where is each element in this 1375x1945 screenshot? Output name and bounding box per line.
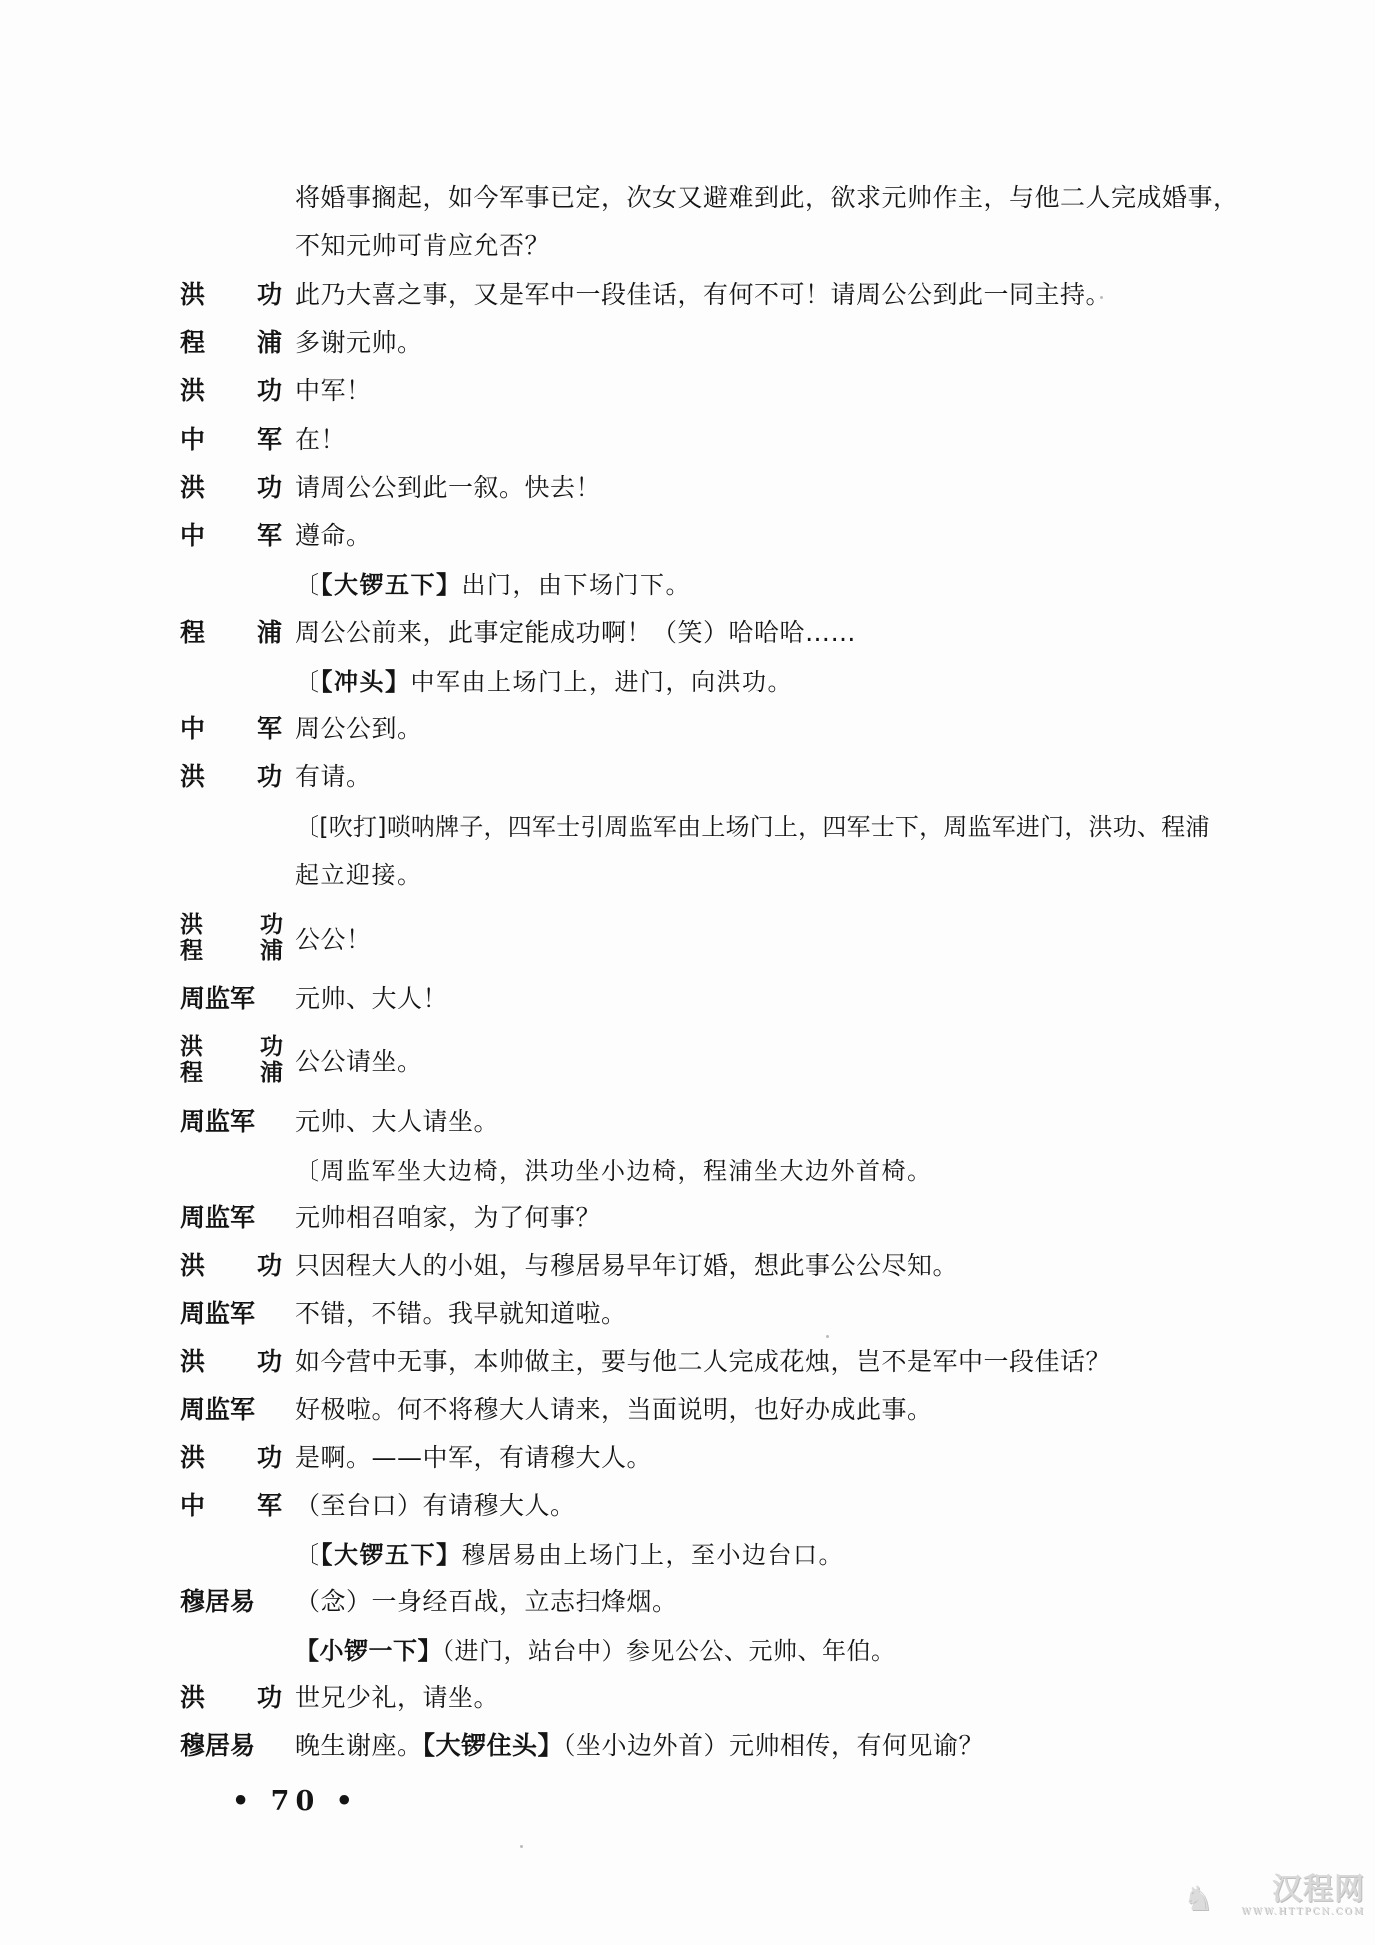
scan-speck [1100, 296, 1103, 299]
stage-direction: 〔【大锣五下】穆居易由上场门上，至小边台口。 [295, 1535, 844, 1570]
script-line: 中军 周公公到。 [180, 707, 1290, 747]
script-line: 中军 遵命。 [180, 514, 1290, 554]
script-line: 洪功 只因程大人的小姐，与穆居易早年订婚，想此事公公尽知。 [180, 1244, 1290, 1284]
stage-direction: 〔周监军坐大边椅，洪功坐小边椅，程浦坐大边外首椅。 [295, 1151, 933, 1186]
watermark-title: 汉程网 [1195, 1873, 1365, 1907]
stage-direction-line: 〔[吹打]唢呐牌子，四军士引周监军由上场门上，四军士下，周监军进门，洪功、程浦 [180, 804, 1290, 844]
speaker-name: 周监军 [180, 1390, 295, 1426]
speaker-name: 穆居易 [180, 1726, 295, 1762]
script-line: 周监军 元帅相召咱家，为了何事？ [180, 1196, 1290, 1236]
speaker-name: 洪功 [180, 757, 295, 793]
dialogue-text: （至台口）有请穆大人。 [295, 1486, 576, 1522]
script-line: 周监军 元帅、大人！ [180, 977, 1290, 1017]
dual-speaker-name: 洪功 程浦 [180, 1034, 295, 1086]
speaker-name: 洪功 [180, 1438, 295, 1474]
dialogue-text: 中军！ [295, 371, 372, 407]
script-line: 洪功 是啊。——中军，有请穆大人。 [180, 1436, 1290, 1476]
script-line: 将婚事搁起，如今军事已定，次女又避难到此，欲求元帅作主，与他二人完成婚事， [180, 176, 1290, 216]
music-cue: 【大锣住头】 [423, 1731, 564, 1760]
speaker-name: 周监军 [180, 979, 295, 1015]
scan-speck [790, 283, 793, 286]
dialogue-text: 是啊。——中军，有请穆大人。 [295, 1438, 652, 1474]
stage-direction-line: 起立迎接。 [180, 852, 1290, 892]
horse-logo-icon: ♞ [1183, 1879, 1213, 1919]
script-line: 程浦 周公公前来，此事定能成功啊！（笑）哈哈哈…… [180, 611, 1290, 651]
watermark: ♞ 汉程网 WWW.HTTPCN.COM [1195, 1873, 1365, 1933]
script-line: 程浦 多谢元帅。 [180, 321, 1290, 361]
dialogue-text: 如今营中无事，本帅做主，要与他二人完成花烛，岂不是军中一段佳话？ [295, 1342, 1111, 1378]
dialogue-text: 元帅相召咱家，为了何事？ [295, 1198, 601, 1234]
dialogue-text: 元帅、大人！ [295, 979, 448, 1015]
speaker-name: 中军 [180, 420, 295, 456]
dialogue-text: 请周公公到此一叙。快去！ [295, 468, 601, 504]
script-line: 穆居易 （念）一身经百战，立志扫烽烟。 [180, 1580, 1290, 1620]
speaker-name: 程浦 [180, 323, 295, 359]
stage-direction: 【小锣一下】（进门，站台中）参见公公、元帅、年伯。 [295, 1631, 896, 1666]
music-cue: [吹打] [319, 813, 387, 841]
dual-speaker-name: 洪功 程浦 [180, 912, 295, 964]
speaker-name: 洪功 [180, 275, 295, 311]
speaker-name: 中军 [180, 1486, 295, 1522]
speaker-name: 洪功 [180, 1678, 295, 1714]
dialogue-text: 只因程大人的小姐，与穆居易早年订婚，想此事公公尽知。 [295, 1246, 958, 1282]
music-cue: 【小锣一下】 [295, 1637, 442, 1665]
dialogue-text: 晚生谢座。【大锣住头】（坐小边外首）元帅相传，有何见谕？ [295, 1726, 984, 1762]
stage-direction-line: 〔【大锣五下】出门，由下场门下。 [180, 562, 1290, 602]
dialogue-text: 好极啦。何不将穆大人请来，当面说明，也好办成此事。 [295, 1390, 933, 1426]
speaker-name: 中军 [180, 516, 295, 552]
script-line: 洪功 有请。 [180, 755, 1290, 795]
speaker-name: 洪功 [180, 371, 295, 407]
stage-direction-line: 〔【大锣五下】穆居易由上场门上，至小边台口。 [180, 1532, 1290, 1572]
scan-speck [520, 1845, 523, 1848]
speaker-name: 穆居易 [180, 1582, 295, 1618]
stage-direction-line: 【小锣一下】（进门，站台中）参见公公、元帅、年伯。 [180, 1628, 1290, 1668]
script-line: 穆居易 晚生谢座。【大锣住头】（坐小边外首）元帅相传，有何见谕？ [180, 1724, 1290, 1764]
script-line-dual: 洪功 程浦 公公请坐。 [180, 1032, 1290, 1088]
stage-direction-continuation: 起立迎接。 [295, 855, 423, 890]
stage-direction-line: 〔【冲头】中军由上场门上，进门，向洪功。 [180, 659, 1290, 699]
stage-direction: 〔[吹打]唢呐牌子，四军士引周监军由上场门上，四军士下，周监军进门，洪功、程浦 [295, 807, 1210, 842]
document-page: 将婚事搁起，如今军事已定，次女又避难到此，欲求元帅作主，与他二人完成婚事， 不知… [0, 0, 1375, 1945]
dialogue-text: 世兄少礼，请坐。 [295, 1678, 499, 1714]
music-cue: 【大锣五下】 [321, 1541, 462, 1569]
speaker-name: 周监军 [180, 1198, 295, 1234]
scan-speck [826, 1335, 829, 1338]
stage-direction: 〔【大锣五下】出门，由下场门下。 [295, 565, 691, 600]
script-line: 周监军 不错，不错。我早就知道啦。 [180, 1292, 1290, 1332]
dialogue-text: 公公！ [295, 920, 372, 956]
speaker-name: 程浦 [180, 613, 295, 649]
script-line: 不知元帅可肯应允否？ [180, 224, 1290, 264]
dialogue-text: 不错，不错。我早就知道啦。 [295, 1294, 627, 1330]
stage-direction: 〔【冲头】中军由上场门上，进门，向洪功。 [295, 662, 793, 697]
script-line-dual: 洪功 程浦 公公！ [180, 910, 1290, 966]
script-line: 洪功 世兄少礼，请坐。 [180, 1676, 1290, 1716]
dialogue-text: 多谢元帅。 [295, 323, 423, 359]
script-line: 洪功 请周公公到此一叙。快去！ [180, 466, 1290, 506]
speaker-name: 洪功 [180, 1246, 295, 1282]
dialogue-text: 公公请坐。 [295, 1042, 423, 1078]
speaker-name: 周监军 [180, 1294, 295, 1330]
dialogue-continuation: 将婚事搁起，如今军事已定，次女又避难到此，欲求元帅作主，与他二人完成婚事， [295, 178, 1239, 214]
speaker-name: 洪功 [180, 1342, 295, 1378]
dialogue-text: 此乃大喜之事，又是军中一段佳话，有何不可！请周公公到此一同主持。 [295, 275, 1111, 311]
music-cue: 【冲头】 [321, 668, 411, 696]
page-number: • 70 • [232, 1786, 359, 1817]
stage-direction-line: 〔周监军坐大边椅，洪功坐小边椅，程浦坐大边外首椅。 [180, 1148, 1290, 1188]
script-line: 洪功 此乃大喜之事，又是军中一段佳话，有何不可！请周公公到此一同主持。 [180, 273, 1290, 313]
speaker-name: 中军 [180, 709, 295, 745]
script-line: 中军 （至台口）有请穆大人。 [180, 1484, 1290, 1524]
watermark-url: WWW.HTTPCN.COM [1195, 1907, 1365, 1917]
script-line: 周监军 好极啦。何不将穆大人请来，当面说明，也好办成此事。 [180, 1388, 1290, 1428]
dialogue-text: （念）一身经百战，立志扫烽烟。 [295, 1582, 678, 1618]
music-cue: 【大锣五下】 [321, 571, 462, 599]
dialogue-text: 遵命。 [295, 516, 372, 552]
dialogue-continuation: 不知元帅可肯应允否？ [295, 226, 550, 262]
script-line: 洪功 如今营中无事，本帅做主，要与他二人完成花烛，岂不是军中一段佳话？ [180, 1340, 1290, 1380]
dialogue-text: 有请。 [295, 757, 372, 793]
script-line: 周监军 元帅、大人请坐。 [180, 1100, 1290, 1140]
speaker-name: 洪功 [180, 468, 295, 504]
dialogue-text: 在！ [295, 420, 346, 456]
dialogue-text: 周公公到。 [295, 709, 423, 745]
dialogue-text: 周公公前来，此事定能成功啊！（笑）哈哈哈…… [295, 613, 856, 649]
script-line: 洪功 中军！ [180, 369, 1290, 409]
script-line: 中军 在！ [180, 418, 1290, 458]
dialogue-text: 元帅、大人请坐。 [295, 1102, 499, 1138]
speaker-name: 周监军 [180, 1102, 295, 1138]
